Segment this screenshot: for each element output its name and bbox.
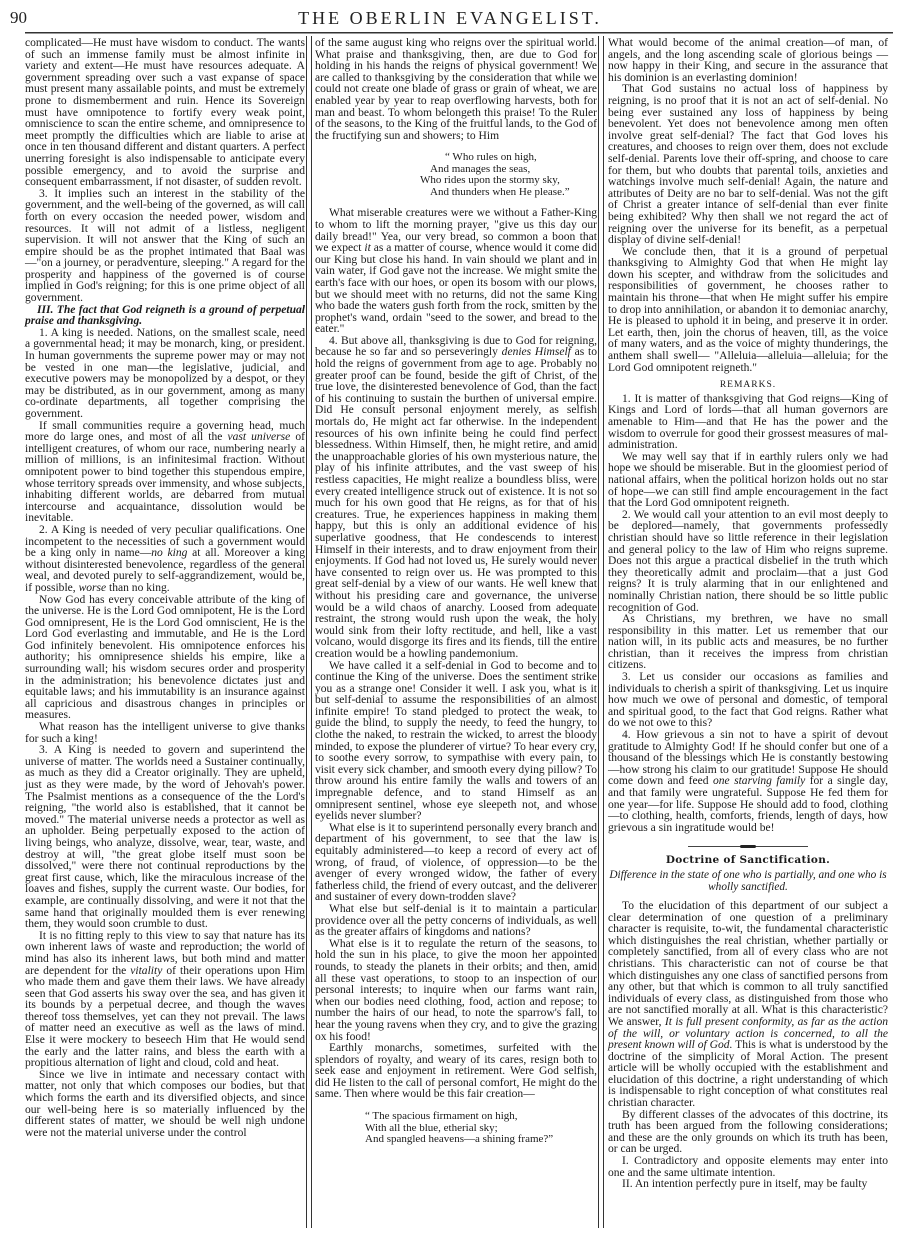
text-run: 1. A king is needed. Nations, on the sma… [25,327,305,420]
text-run: of their operations upon Him who made th… [25,965,305,1070]
text-run: I. Contradictory and opposite elements m… [608,1155,888,1179]
text-run: Now God has every conceivable attribute … [25,594,305,722]
text-run: as a matter of course, whence would it c… [315,242,597,335]
column-3: What would become of the animal creation… [608,38,888,1191]
column-1: complicated—He must have wisdom to condu… [25,38,305,1139]
paragraph: I. Contradictory and opposite elements m… [608,1156,888,1179]
verse-line: And thunders when He please.” [415,187,597,199]
masthead: 90 THE OBERLIN EVANGELIST. [0,6,900,32]
paragraph: What else but self-denial is it to maint… [315,904,597,939]
paragraph: Since we live in intimate and necessary … [25,1070,305,1140]
paragraph: If small communities require a governing… [25,421,305,525]
text-run: What would become of the animal creation… [608,37,888,84]
column-2: of the same august king who reigns over … [315,38,597,1156]
paragraph: Earthly monarchs, sometimes, surfeited w… [315,1043,597,1101]
emphasis-text: denies Himself [502,346,571,358]
paragraph: Now God has every conceivable attribute … [25,595,305,723]
paragraph: To the elucidation of this department of… [608,901,888,1110]
column-divider [598,36,604,1228]
article-title: Doctrine of Sanctification. [608,855,888,867]
masthead-rule [25,32,893,34]
text-run: Since we live in intimate and necessary … [25,1069,305,1139]
emphasis-text: no king [151,547,187,559]
emphasis-text: worse [79,582,107,594]
text-run: 3. A King is needed to govern and superi… [25,744,305,930]
text-run: What reason has the intelligent universe… [25,721,305,745]
verse-line: And spangled heavens—a shining frame?” [365,1134,597,1146]
paragraph: 3. It implies such an interest in the st… [25,189,305,305]
publication-title: THE OBERLIN EVANGELIST. [0,8,900,29]
paragraph: What miserable creatures were we without… [315,208,597,336]
paragraph: What would become of the animal creation… [608,38,888,84]
emphasis-text: vitality [130,965,162,977]
paragraph: What else is it to regulate the return o… [315,939,597,1043]
text-run: What else but self-denial is it to maint… [315,903,597,938]
paragraph: That God sustains no actual loss of happ… [608,84,888,246]
text-run: 1. It is matter of thanksgiving that God… [608,393,888,451]
text-run: than no king. [106,582,170,594]
remarks-heading: REMARKS. [608,380,888,392]
text-run: 3. It implies such an interest in the st… [25,188,305,304]
paragraph: 2. A King is needed of very peculiar qua… [25,525,305,595]
text-run: of the same august king who reigns over … [315,37,597,142]
text-run: complicated—He must have wisdom to condu… [25,37,305,188]
emphasis-text: The fact that God reigneth is a ground o… [25,304,305,328]
text-run: II. An intention perfectly pure in itsel… [622,1178,867,1190]
text-run: of intelligent creatures, of whom our ra… [25,431,305,524]
paragraph: 2. We would call your attention to an ev… [608,510,888,614]
paragraph: We may well say that if in earthly ruler… [608,452,888,510]
paragraph: What else is it to superintend personall… [315,823,597,904]
text-run: By different classes of the advocates of… [608,1109,888,1156]
verse-quote: “ The spacious firmament on high,With al… [315,1111,597,1146]
text-run: 3. Let us consider our occasions as fami… [608,671,888,729]
paragraph: As Christians, my brethren, we have no s… [608,614,888,672]
paragraph: of the same august king who reigns over … [315,38,597,142]
paragraph: By different classes of the advocates of… [608,1110,888,1156]
text-run: What else is it to regulate the return o… [315,938,597,1043]
paragraph: II. An intention perfectly pure in itsel… [608,1179,888,1191]
section-divider-rule [688,846,808,847]
verse-line: “ The spacious firmament on high, [365,1111,597,1123]
text-run: What else is it to superintend personall… [315,822,597,904]
paragraph: We have called it a self-denial in God t… [315,661,597,823]
paragraph: It is no fitting reply to this view to s… [25,931,305,1070]
column-divider [306,36,312,1228]
paragraph: 4. But above all, thanksgiving is due to… [315,336,597,661]
article-subtitle: Difference in the state of one who is pa… [608,869,888,893]
emphasis-text: vast universe [227,431,290,443]
section-heading: III. The fact that God reigneth is a gro… [25,305,305,328]
text-run: III. [37,304,57,316]
paragraph: What reason has the intelligent universe… [25,722,305,745]
text-run: as to hold the reigns of government from… [315,346,597,659]
text-run: That God sustains no actual loss of happ… [608,83,888,246]
emphasis-text: one starving family [713,775,805,787]
text-run: To the elucidation of this department of… [608,900,888,1028]
verse-quote: “ Who rules on high,And manages the seas… [315,152,597,198]
paragraph: 1. A king is needed. Nations, on the sma… [25,328,305,421]
text-run: 2. We would call your attention to an ev… [608,509,888,614]
paragraph: 3. Let us consider our occasions as fami… [608,672,888,730]
text-run: We conclude then, that it is a ground of… [608,246,888,374]
paragraph: 4. How grievous a sin not to have a spir… [608,730,888,834]
text-run: We may well say that if in earthly ruler… [608,451,888,509]
paragraph: 3. A King is needed to govern and superi… [25,745,305,931]
text-run: We have called it a self-denial in God t… [315,660,597,823]
paragraph: complicated—He must have wisdom to condu… [25,38,305,189]
text-run: As Christians, my brethren, we have no s… [608,613,888,671]
text-run: Earthly monarchs, sometimes, surfeited w… [315,1042,597,1100]
paragraph: We conclude then, that it is a ground of… [608,247,888,375]
paragraph: 1. It is matter of thanksgiving that God… [608,394,888,452]
